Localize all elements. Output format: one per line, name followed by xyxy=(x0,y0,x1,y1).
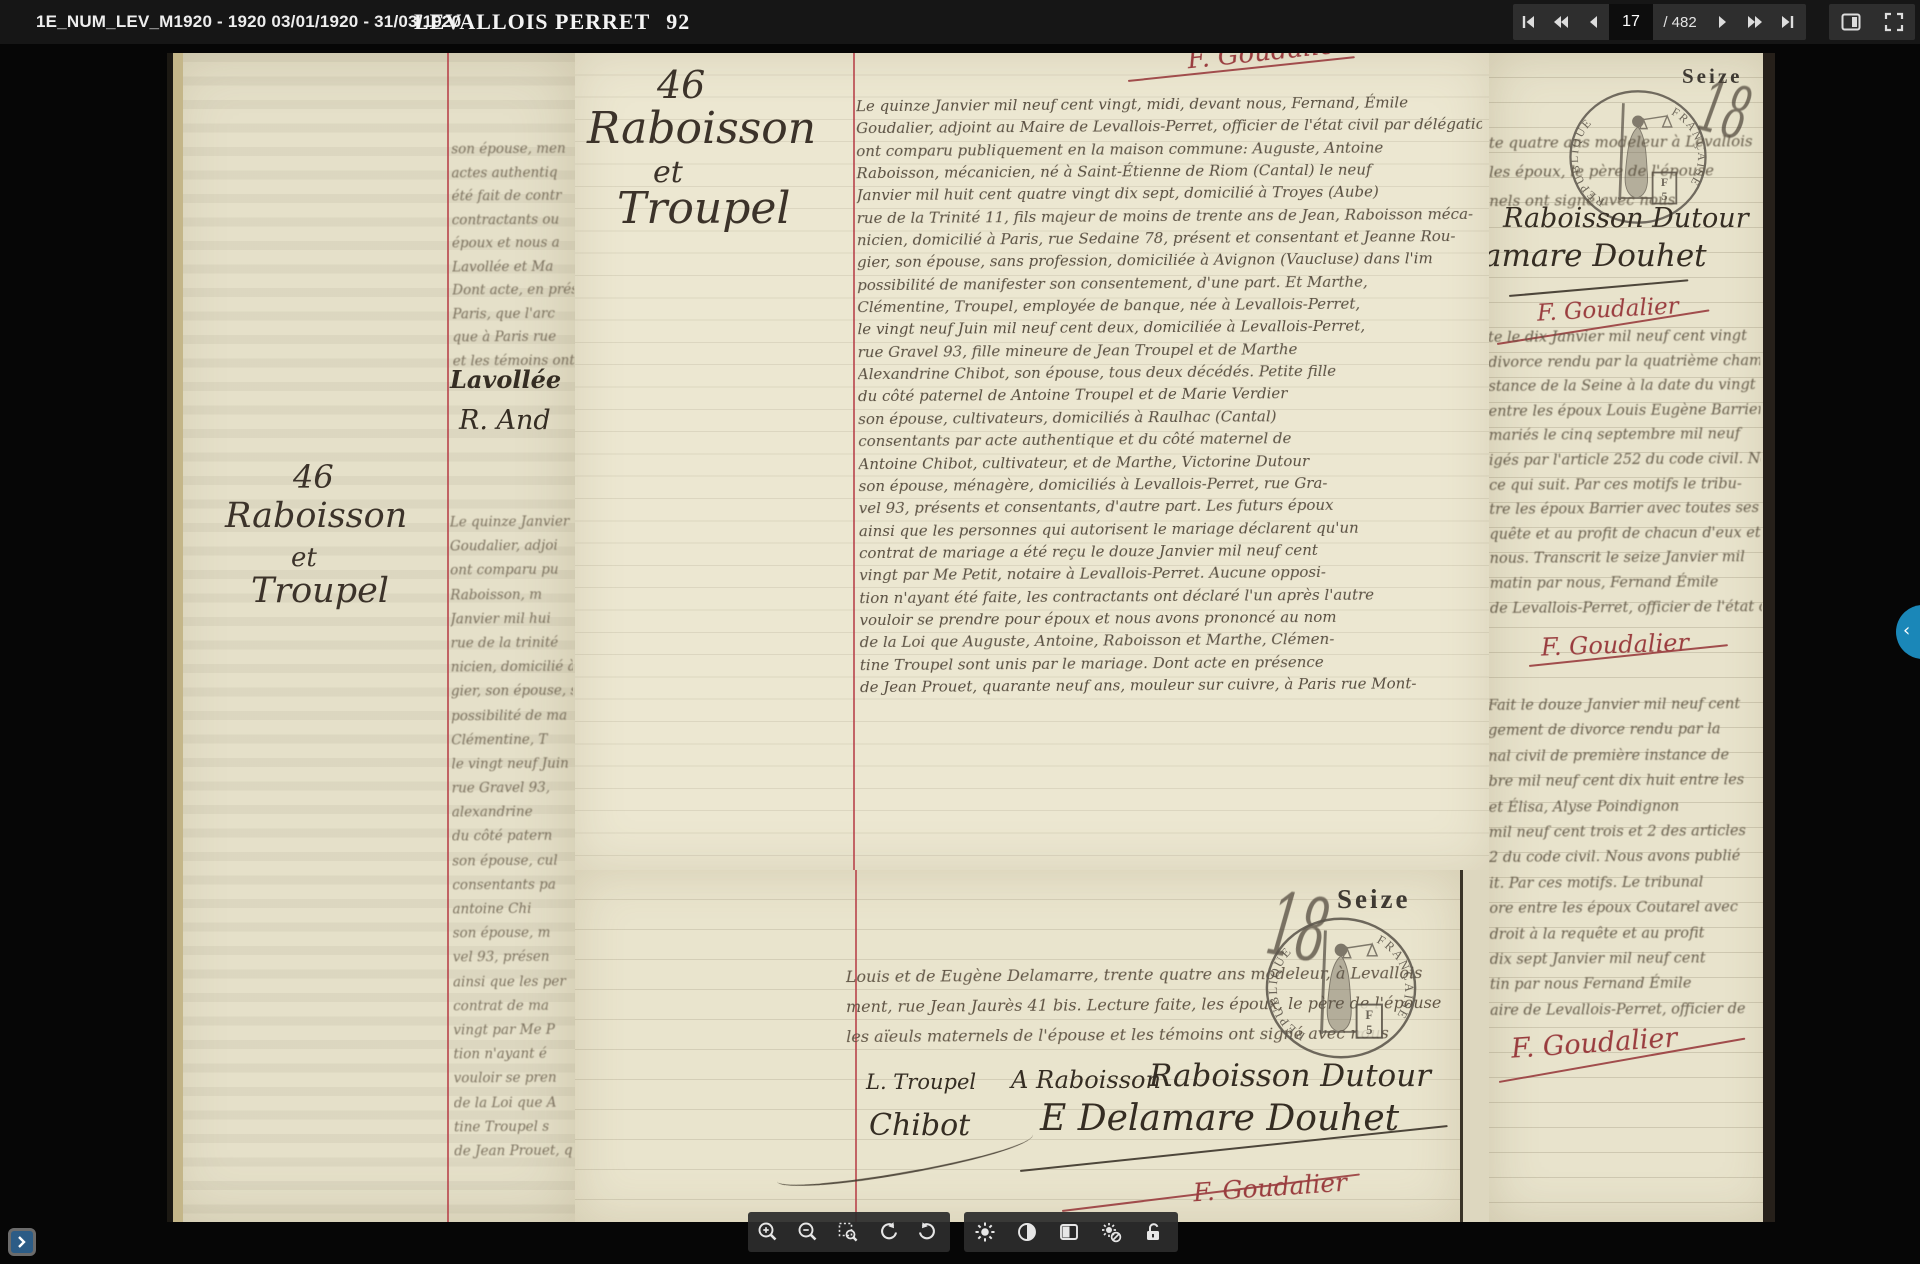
handwriting-line: nicien, domicilié à P xyxy=(451,655,573,680)
act-name-troupel: Troupel xyxy=(617,183,791,234)
act-number: 46 xyxy=(293,458,334,496)
page-separator: / xyxy=(1663,14,1667,31)
handwriting-line: Goudalier, adjoi xyxy=(450,534,572,559)
handwriting-line: matin par nous, Fernand Émile xyxy=(1490,570,1762,596)
previous-page-icon xyxy=(1588,15,1598,29)
chevron-left-icon: ‹ xyxy=(1903,620,1910,641)
signature-r-and: R. And xyxy=(459,405,551,436)
handwriting-line: entre les époux Louis Eugène Barrier xyxy=(1489,398,1761,424)
red-signature-goudalier: F. Goudalier xyxy=(1510,1022,1678,1065)
republique-francaise-stamp: RÉPUBLIQUE FRANÇAISE F 5 xyxy=(1263,914,1419,1062)
handwriting-line: tine Troupel s xyxy=(454,1114,575,1139)
rotate-clockwise-icon xyxy=(877,1221,899,1243)
page-layout-panel-icon xyxy=(1840,12,1862,32)
handwriting-line: de Jean Prouet, quarante neuf ans, moule… xyxy=(860,672,1486,699)
handwriting-line: du côté patern xyxy=(452,824,574,849)
handwriting-line: ore entre les époux Coutarel avec xyxy=(1489,895,1761,922)
invert-colors-icon xyxy=(1058,1221,1080,1243)
handwriting-line: ainsi que les per xyxy=(453,969,575,994)
handwriting-line: son épouse, m xyxy=(453,921,575,946)
handwriting-line: nal civil de première instance de xyxy=(1489,743,1760,770)
next-page-icon xyxy=(1718,15,1728,29)
handwriting-line: quête et au profit de chacun d'eux et xyxy=(1489,521,1761,547)
handwriting-line: son épouse, men xyxy=(451,138,573,162)
handwriting-line: actes authentiq xyxy=(451,161,573,185)
next-fast-icon xyxy=(1747,15,1763,29)
printed-page-word: Seize xyxy=(1337,884,1410,915)
handwriting-line: igés par l'article 252 du code civil. No… xyxy=(1489,447,1761,473)
handwriting-line: Lavollée et Ma xyxy=(452,255,574,279)
transcription-upper: te le dix Janvier mil neuf cent vingtdiv… xyxy=(1489,324,1762,624)
handwriting-line: droit à la requête et au profit xyxy=(1489,921,1761,948)
zoom-in-button[interactable] xyxy=(748,1212,788,1252)
next-page-button[interactable] xyxy=(1707,4,1739,40)
first-page-button[interactable] xyxy=(1513,4,1545,40)
handwriting-line: que à Paris rue xyxy=(452,326,574,350)
handwriting-line: Paris, que l'arc xyxy=(452,302,574,326)
reset-adjustments-icon xyxy=(1100,1221,1122,1243)
handwriting-line: gier, son épouse, sa xyxy=(451,679,573,704)
contrast-icon xyxy=(1016,1221,1038,1243)
zoom-selection-button[interactable] xyxy=(828,1212,868,1252)
handwriting-line: tion n'ayant é xyxy=(453,1042,575,1067)
handwriting-line: tre les époux Barrier avec toutes ses xyxy=(1489,496,1761,522)
handwriting-line: Dont acte, en prés xyxy=(452,279,574,303)
marriage-act-text: Le quinze Janvier mil neuf cent vingt, m… xyxy=(856,91,1486,705)
handwriting-line: vouloir se pren xyxy=(454,1066,575,1091)
total-pages: 482 xyxy=(1672,14,1697,31)
handwriting-line: bre mil neuf cent dix huit entre les xyxy=(1489,768,1761,795)
handwriting-line: Janvier mil hui xyxy=(450,606,572,631)
handwriting-line: tin par nous Fernand Émile xyxy=(1490,971,1762,998)
brightness-icon xyxy=(974,1221,996,1243)
zoom-toolbar xyxy=(748,1212,950,1252)
page-number-input[interactable] xyxy=(1609,4,1653,40)
red-signature-goudalier: F. Goudalier xyxy=(1536,293,1679,326)
fullscreen-icon xyxy=(1883,11,1905,33)
archive-reference: 1E_NUM_LEV_M1920 - 1920 03/01/1920 - 31/… xyxy=(36,0,461,44)
handwriting-line: te quatre ans modeleur à Levallois xyxy=(1489,127,1763,158)
zoom-out-button[interactable] xyxy=(788,1212,828,1252)
invert-colors-button[interactable] xyxy=(1048,1212,1090,1252)
handwriting-line: antoine Chi xyxy=(452,897,574,922)
signature-l-troupel: L. Troupel xyxy=(866,1070,976,1094)
act-conjunction: et xyxy=(291,543,317,573)
signature-delamare-douhet: amare Douhet xyxy=(1489,238,1707,274)
first-page-icon xyxy=(1522,15,1536,29)
svg-text:RÉPUBLIQUE: RÉPUBLIQUE xyxy=(1266,944,1308,1044)
book-edge-shadow xyxy=(1763,53,1775,1222)
viewer-stage: 1E_NUM_LEV_M1920 - 1920 03/01/1920 - 31/… xyxy=(0,0,1920,1264)
zoom-out-icon xyxy=(797,1221,819,1243)
image-adjust-toolbar xyxy=(964,1212,1178,1252)
left-upper-column: son épouse, menactes authentiqété fait d… xyxy=(451,138,575,377)
signature-lavollee: Lavollée xyxy=(450,365,561,394)
handwriting-line: alexandrine xyxy=(452,800,574,825)
signature-raboisson-dutour: Raboisson Dutour xyxy=(1503,203,1749,234)
book-spine-edge xyxy=(173,53,183,1222)
handwriting-line: de Jean Prouet, q xyxy=(454,1138,575,1163)
reset-adjustments-button[interactable] xyxy=(1090,1212,1132,1252)
left-lower-column: Le quinze Janvier mGoudalier, adjoiont c… xyxy=(450,510,575,1173)
handwriting-line: contrat de ma xyxy=(453,993,575,1018)
tile-seam xyxy=(1460,870,1492,1222)
handwriting-line: rue Gravel 93, xyxy=(452,776,574,801)
lock-open-button[interactable] xyxy=(1132,1212,1174,1252)
handwriting-line: Fait le douze Janvier mil neuf cent xyxy=(1489,692,1760,719)
scan-right-page[interactable]: Seize 18 RÉPUBLIQUE FRANÇAISE F 5 xyxy=(1489,53,1775,1222)
chevron-right-icon xyxy=(16,1236,28,1248)
handwriting-line: vingt par Me P xyxy=(453,1018,575,1043)
margin-rule-line xyxy=(853,53,855,870)
handwriting-line: mil neuf cent trois et 2 des articles xyxy=(1489,819,1761,846)
act-number: 46 xyxy=(657,63,705,107)
handwriting-line: possibilité de ma xyxy=(451,703,573,728)
scan-bottom-section[interactable]: Seize 18 Louis et de Eugène Delamarre, t… xyxy=(575,870,1460,1222)
signature-delamare-douhet: E Delamare Douhet xyxy=(1040,1098,1399,1139)
handwriting-line: le vingt neuf Juin xyxy=(451,751,573,776)
handwriting-line: Clémentine, T xyxy=(451,727,573,752)
last-page-button[interactable] xyxy=(1771,4,1803,40)
scan-center-page[interactable]: F. Goudalier 46 Raboisson et Troupel Le … xyxy=(575,53,1489,870)
handwriting-line: consentants pa xyxy=(452,872,574,897)
stamp-tax-5: 5 xyxy=(1366,1023,1372,1037)
department-number: 92 xyxy=(666,9,690,34)
signature-raboisson-dutour: Raboisson Dutour xyxy=(1149,1058,1431,1094)
brightness-button[interactable] xyxy=(964,1212,1006,1252)
handwriting-line: aire de Levallois-Perret, officier de xyxy=(1490,997,1762,1024)
handwriting-line: été fait de contr xyxy=(451,185,573,209)
scan-left-page[interactable]: son épouse, menactes authentiqété fait d… xyxy=(167,53,575,1222)
handwriting-line: de Levallois-Perret, officier de l'état … xyxy=(1490,595,1762,621)
page-navigation: / 482 xyxy=(1513,4,1806,40)
handwriting-line: vel 93, présen xyxy=(453,945,575,970)
handwriting-line: les époux, le père de l'épouse xyxy=(1489,156,1763,187)
expand-panel-button[interactable] xyxy=(8,1228,36,1256)
rotate-counterclockwise-button[interactable] xyxy=(908,1212,948,1252)
official-red-signature: F. Goudalier xyxy=(1192,1168,1348,1208)
handwriting-line: te le dix Janvier mil neuf cent vingt xyxy=(1489,324,1760,350)
commune-title: LEVALLOIS PERRET92 xyxy=(414,0,690,44)
handwriting-line: Raboisson, m xyxy=(450,582,572,607)
handwriting-line: et Élisa, Alyse Poindignon xyxy=(1489,794,1761,821)
handwriting-line: époux et nous a xyxy=(452,232,574,256)
handwriting-line: gement de divorce rendu par la xyxy=(1489,717,1760,744)
stamp-arc-left: RÉPUBLIQUE xyxy=(1266,944,1308,1044)
commune-name: LEVALLOIS PERRET xyxy=(414,9,650,34)
last-page-icon xyxy=(1780,15,1794,29)
transcription-lower: Fait le douze Janvier mil neuf centgemen… xyxy=(1489,692,1762,1026)
contrast-button[interactable] xyxy=(1006,1212,1048,1252)
fullscreen-button[interactable] xyxy=(1872,4,1915,40)
margin-rule-line xyxy=(447,53,449,1222)
handwriting-line: contractants ou xyxy=(452,208,574,232)
act-name-raboisson: Raboisson xyxy=(225,496,407,536)
top-bar: 1E_NUM_LEV_M1920 - 1920 03/01/1920 - 31/… xyxy=(0,0,1920,44)
page-total: / 482 xyxy=(1653,14,1707,31)
zoom-in-icon xyxy=(757,1221,779,1243)
zoom-selection-icon xyxy=(837,1221,859,1243)
handwriting-line: nous. Transcrit le seize Janvier mil xyxy=(1490,545,1762,571)
signature-a-raboisson: A Raboisson xyxy=(1011,1066,1161,1094)
view-controls xyxy=(1829,4,1915,40)
stamp-tax-f: F xyxy=(1365,1008,1373,1022)
handwriting-line: it. Par ces motifs. Le tribunal xyxy=(1489,870,1761,897)
handwriting-line: mariés le cinq septembre mil neuf xyxy=(1489,422,1761,448)
previous-page-button[interactable] xyxy=(1577,4,1609,40)
previous-fast-icon xyxy=(1553,15,1569,29)
rotate-counterclockwise-icon xyxy=(917,1221,939,1243)
page-layout-panel-button[interactable] xyxy=(1829,4,1872,40)
handwriting-line: divorce rendu par la quatrième chambre xyxy=(1489,349,1760,375)
handwriting-line: son épouse, cul xyxy=(452,848,574,873)
handwriting-line: 2 du code civil. Nous avons publié xyxy=(1489,844,1761,871)
previous-fast-button[interactable] xyxy=(1545,4,1577,40)
collapse-side-button[interactable]: ‹ xyxy=(1896,605,1920,659)
next-fast-button[interactable] xyxy=(1739,4,1771,40)
handwriting-line: Le quinze Janvier m xyxy=(450,510,572,535)
handwriting-line: dix sept Janvier mil neuf cent xyxy=(1490,946,1762,973)
handwriting-line: rue de la trinité xyxy=(451,631,573,656)
handwriting-line: de la Loi que A xyxy=(454,1090,575,1115)
handwriting-line: stance de la Seine à la date du vingt xyxy=(1489,373,1760,399)
handwriting-line: ont comparu pu xyxy=(450,558,572,583)
handwriting-line: ce qui suit. Par ces motifs le tribu- xyxy=(1489,472,1761,498)
act-name-raboisson: Raboisson xyxy=(587,103,816,154)
rotate-clockwise-button[interactable] xyxy=(868,1212,908,1252)
lock-open-icon xyxy=(1142,1221,1164,1243)
act-name-troupel: Troupel xyxy=(251,571,389,611)
